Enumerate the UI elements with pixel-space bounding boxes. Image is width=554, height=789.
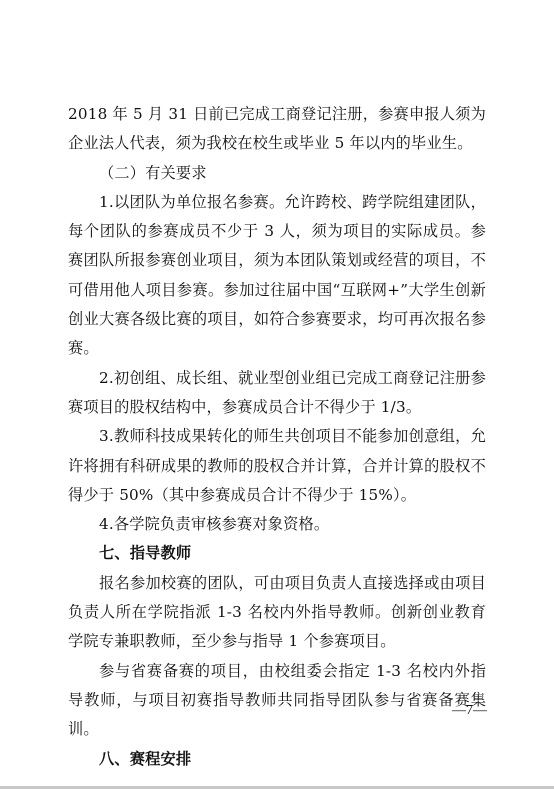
paragraph-requirement-4: 4.各学院负责审核参赛对象资格。	[68, 510, 486, 539]
paragraph-requirement-2: 2.初创组、成长组、就业型创业组已完成工商登记注册参赛项目的股权结构中，参赛成员…	[68, 364, 486, 423]
paragraph-requirement-1: 1.以团队为单位报名参赛。允许跨校、跨学院组建团队，每个团队的参赛成员不少于 3…	[68, 188, 486, 364]
paragraph-advisors-school: 报名参加校赛的团队，可由项目负责人直接选择或由项目负责人所在学院指派 1-3 名…	[68, 569, 486, 657]
paragraph-registration-continued: 2018 年 5 月 31 日前已完成工商登记注册，参赛申报人须为企业法人代表，…	[68, 100, 486, 159]
document-body: 2018 年 5 月 31 日前已完成工商登记注册，参赛申报人须为企业法人代表，…	[68, 100, 486, 774]
page-number: —7—	[452, 703, 487, 719]
paragraph-advisors-province: 参与省赛备赛的项目，由校组委会指定 1-3 名校内外指导教师，与项目初赛指导教师…	[68, 657, 486, 745]
section-heading-advisors: 七、指导教师	[68, 539, 486, 568]
paragraph-requirement-3: 3.教师科技成果转化的师生共创项目不能参加创意组，允许将拥有科研成果的教师的股权…	[68, 422, 486, 510]
subheading-requirements: （二）有关要求	[68, 159, 486, 188]
document-page: 2018 年 5 月 31 日前已完成工商登记注册，参赛申报人须为企业法人代表，…	[0, 0, 554, 786]
section-heading-schedule: 八、赛程安排	[68, 745, 486, 774]
